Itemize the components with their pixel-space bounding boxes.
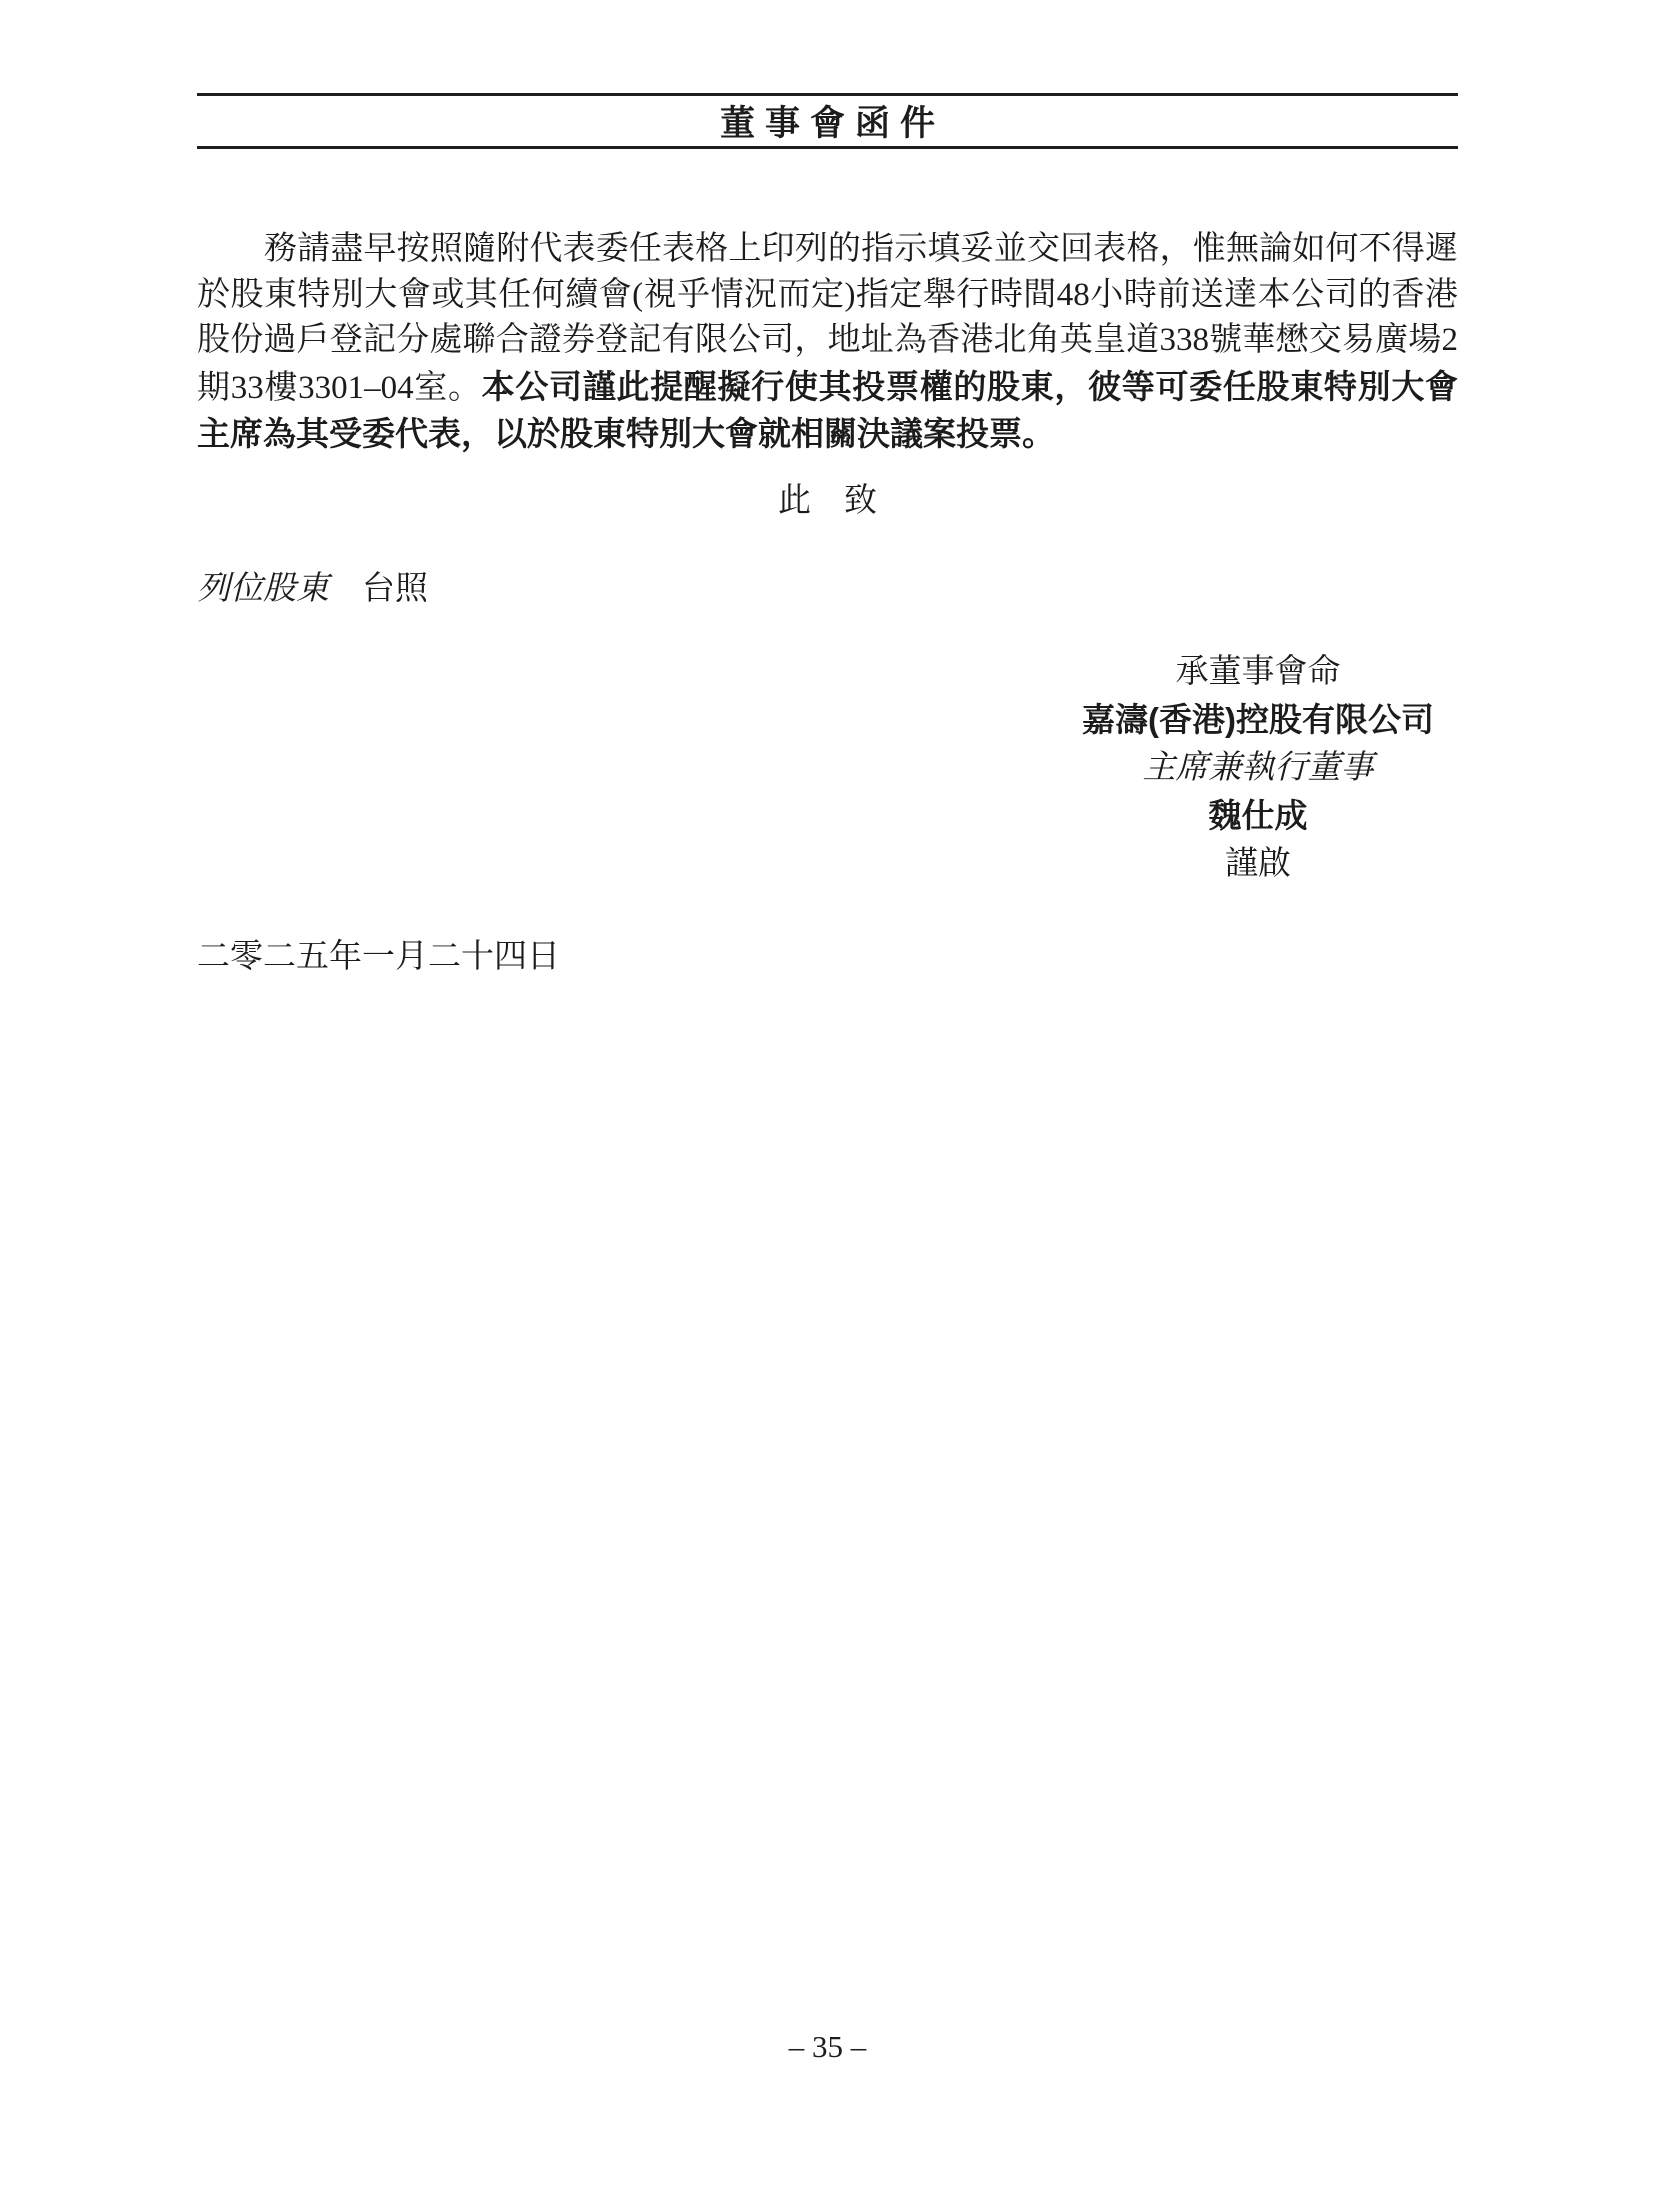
signature-role-title: 主席兼執行董事 [1058, 744, 1458, 792]
signature-signatory-name: 魏仕成 [1058, 792, 1458, 840]
addressee-honorific: 台照 [362, 571, 428, 607]
document-date: 二零二五年一月二十四日 [197, 935, 560, 981]
addressee-line: 列位股東台照 [197, 567, 428, 613]
salutation-line: 此 致 [197, 479, 1458, 525]
header-band: 董事會函件 [197, 93, 1458, 149]
page-title: 董事會函件 [710, 96, 945, 146]
signature-company-name: 嘉濤(香港)控股有限公司 [1058, 696, 1458, 744]
signature-block: 承董事會命 嘉濤(香港)控股有限公司 主席兼執行董事 魏仕成 謹啟 [1058, 648, 1458, 888]
addressee-shareholders: 列位股東 [197, 571, 329, 607]
document-page: 董事會函件 務請盡早按照隨附代表委任表格上印列的指示填妥並交回表格，惟無論如何不… [0, 0, 1654, 2205]
body-paragraph: 務請盡早按照隨附代表委任表格上印列的指示填妥並交回表格，惟無論如何不得遲於股東特… [197, 227, 1458, 459]
page-number: – 35 – [197, 2028, 1458, 2066]
signature-by-order: 承董事會命 [1058, 648, 1458, 696]
signature-closing: 謹啟 [1058, 840, 1458, 888]
